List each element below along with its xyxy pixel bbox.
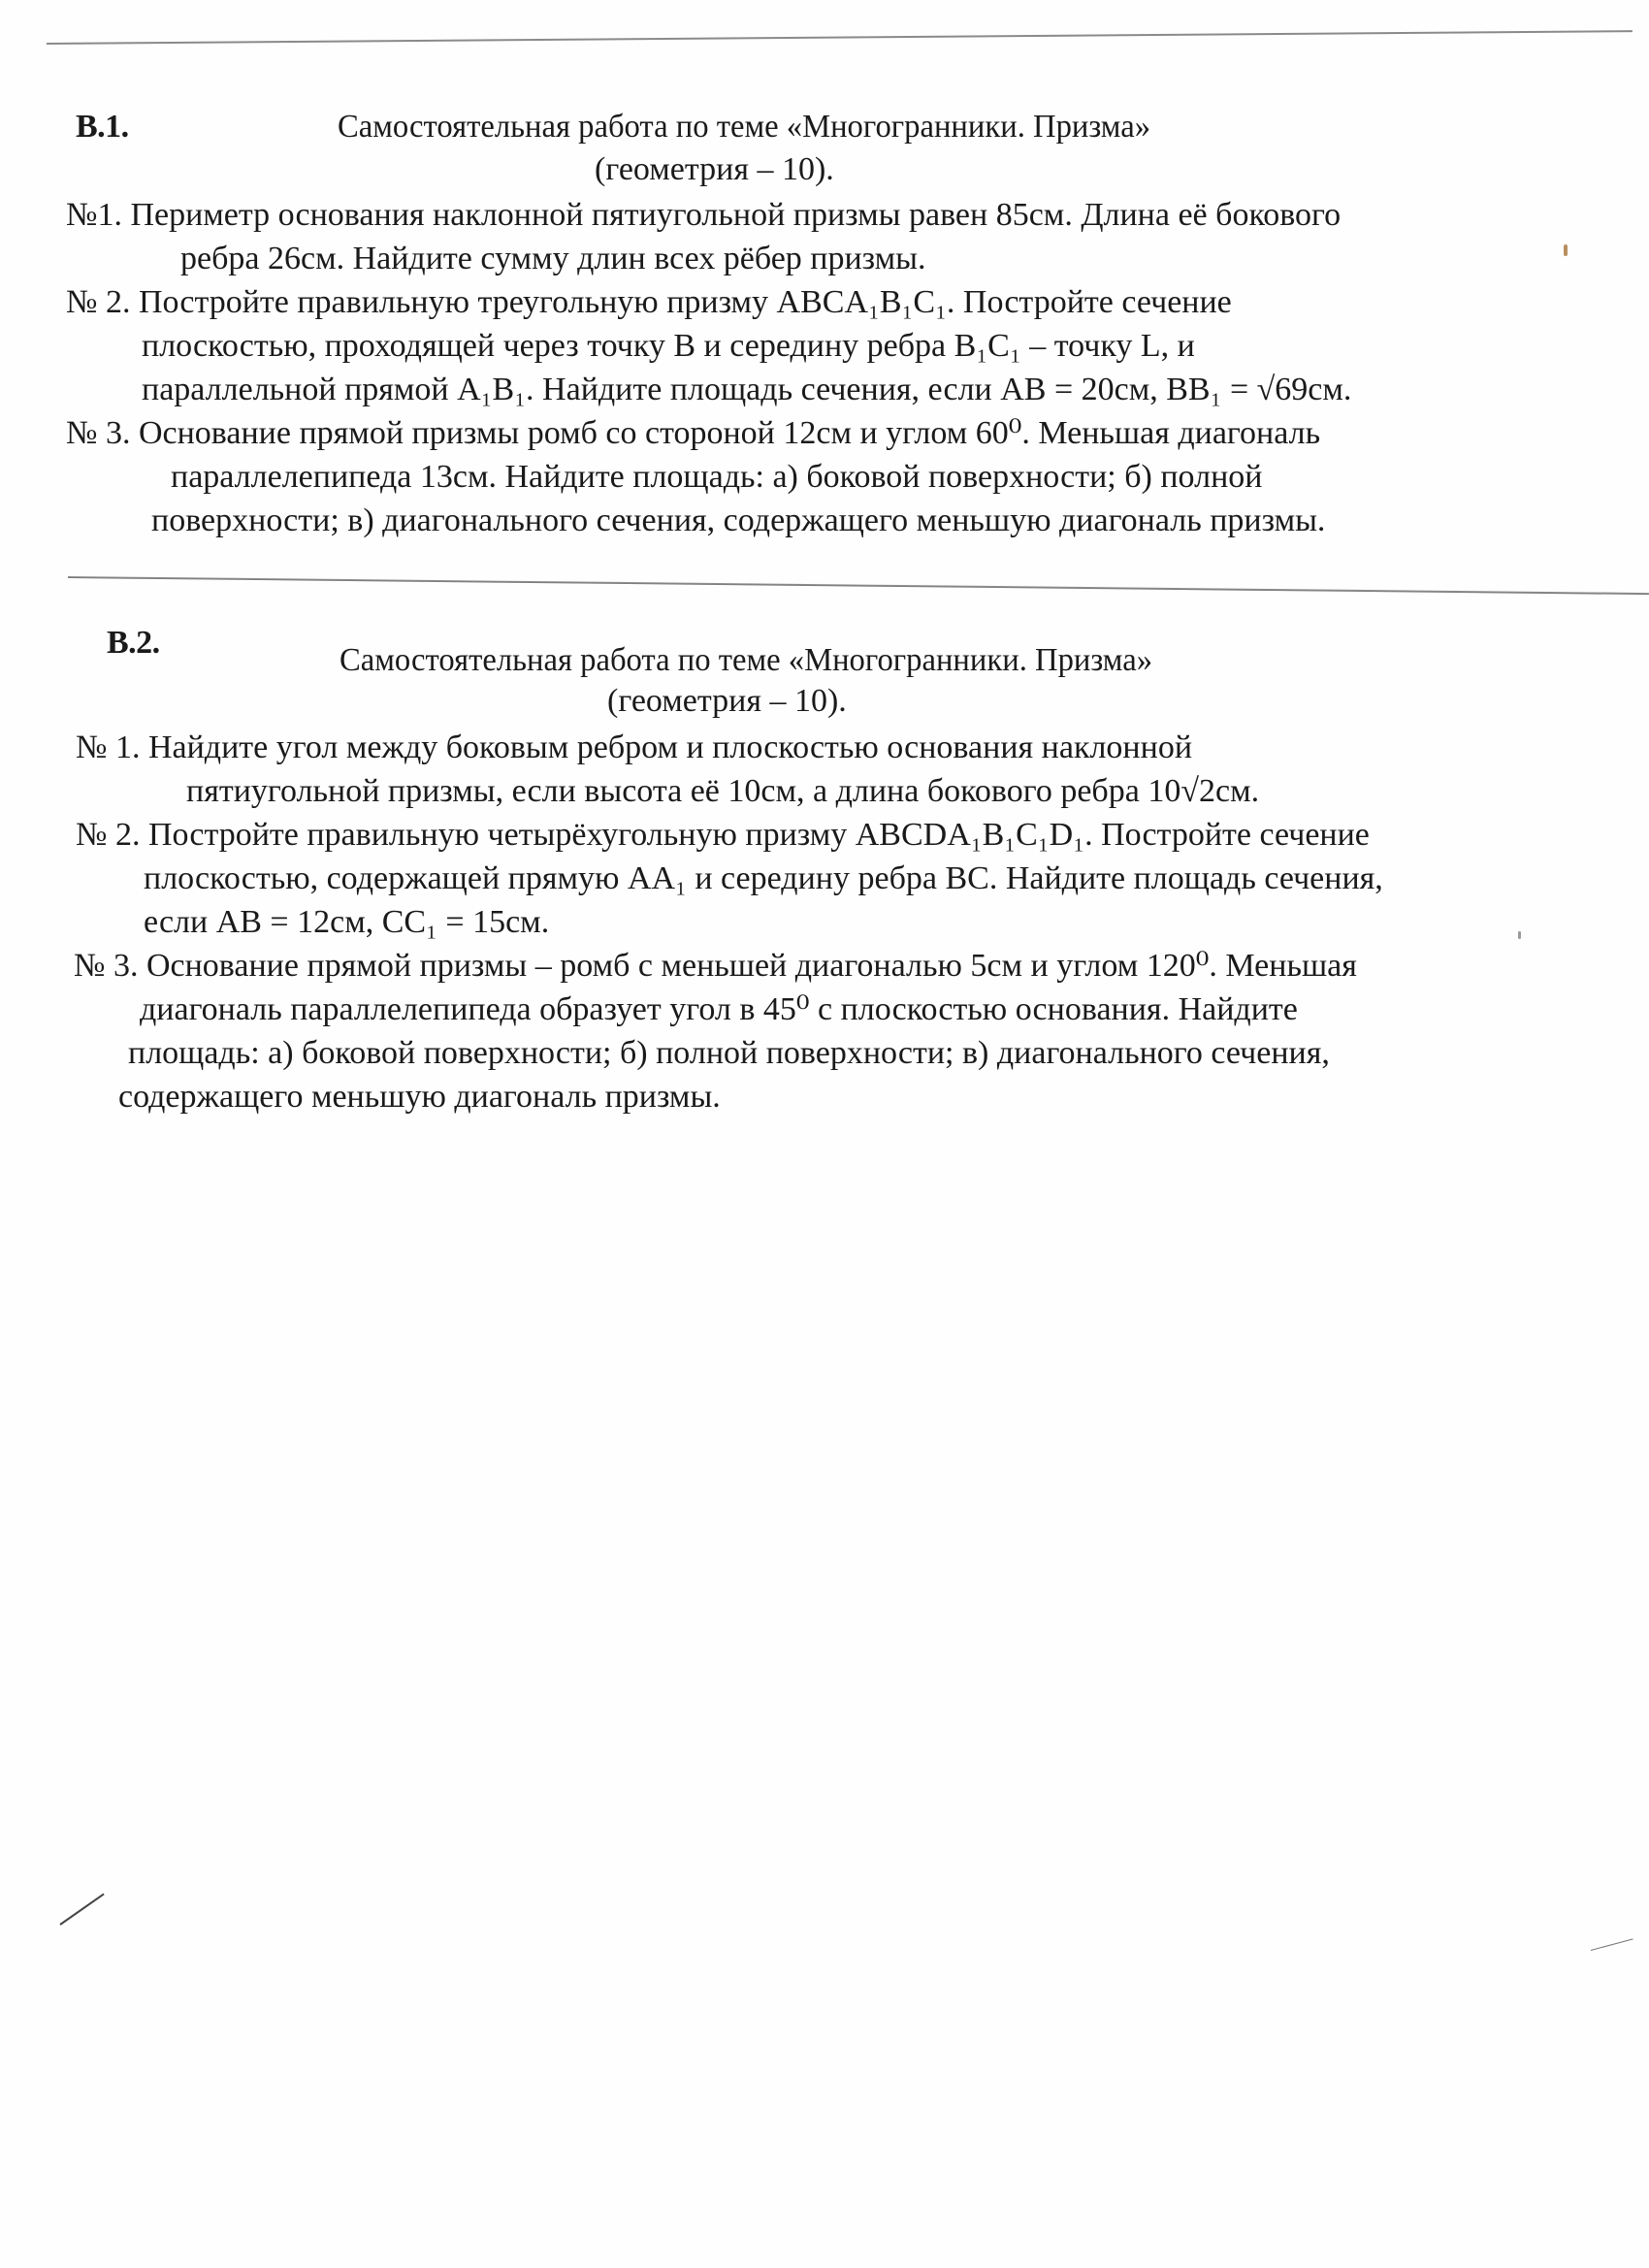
task-number: № 1.	[76, 729, 140, 765]
task-text: Периметр основания наклонной пятиугольно…	[130, 197, 1341, 233]
task-2: № 2. Постройте правильную треугольную пр…	[66, 280, 1351, 411]
task-line: № 3. Основание прямой призмы – ромб с ме…	[74, 944, 1357, 988]
task-line: если AB = 12см, CC₁ = 15см.	[76, 900, 1383, 944]
task-line: плоскостью, содержащей прямую AA₁ и сере…	[76, 857, 1383, 900]
worksheet-subtitle: (геометрия – 10).	[595, 151, 834, 188]
task-line: №1. Периметр основания наклонной пятиуго…	[66, 193, 1341, 237]
worksheet-title: Самостоятельная работа по теме «Многогра…	[339, 642, 1152, 679]
scan-speck	[1564, 244, 1568, 256]
task-line: № 1. Найдите угол между боковым ребром и…	[76, 726, 1259, 769]
task-line: площадь: а) боковой поверхности; б) полн…	[74, 1031, 1357, 1075]
task-text: Постройте правильную треугольную призму …	[139, 284, 1232, 320]
middle-cut-line	[68, 576, 1649, 595]
task-3: № 3. Основание прямой призмы ромб со сто…	[66, 411, 1325, 542]
task-text: Постройте правильную четырёхугольную при…	[148, 817, 1370, 853]
task-line: параллелепипеда 13см. Найдите площадь: а…	[66, 455, 1325, 499]
scan-mark	[59, 1894, 104, 1926]
task-line: поверхности; в) диагонального сечения, с…	[66, 499, 1325, 542]
task-1: №1. Периметр основания наклонной пятиуго…	[66, 193, 1341, 280]
task-number: № 2.	[66, 284, 130, 320]
task-line: № 2. Постройте правильную четырёхугольну…	[76, 813, 1383, 857]
task-line: содержащего меньшую диагональ призмы.	[74, 1075, 1357, 1118]
task-line: № 3. Основание прямой призмы ромб со сто…	[66, 411, 1325, 455]
scanned-page: В.1. Самостоятельная работа по теме «Мно…	[0, 0, 1649, 2268]
task-1: № 1. Найдите угол между боковым ребром и…	[76, 726, 1259, 813]
scan-speck	[1518, 931, 1521, 939]
task-number: № 3.	[66, 415, 130, 451]
task-3: № 3. Основание прямой призмы – ромб с ме…	[74, 944, 1357, 1118]
task-line: плоскостью, проходящей через точку B и с…	[66, 324, 1351, 368]
task-text: Основание прямой призмы – ромб с меньшей…	[146, 948, 1357, 984]
task-line: параллельной прямой A₁B₁. Найдите площад…	[66, 368, 1351, 411]
task-text: Основание прямой призмы ромб со стороной…	[139, 415, 1320, 451]
variant-label: В.2.	[107, 625, 160, 662]
task-line: ребра 26см. Найдите сумму длин всех рёбе…	[66, 237, 1341, 280]
task-text: Найдите угол между боковым ребром и плос…	[148, 729, 1192, 765]
task-line: № 2. Постройте правильную треугольную пр…	[66, 280, 1351, 324]
top-cut-line	[47, 30, 1633, 45]
task-number: № 3.	[74, 948, 138, 984]
task-number: №1.	[66, 197, 122, 233]
worksheet-subtitle: (геометрия – 10).	[607, 683, 847, 720]
variant-label: В.1.	[76, 109, 129, 146]
worksheet-title: Самостоятельная работа по теме «Многогра…	[338, 109, 1150, 146]
task-line: диагональ параллелепипеда образует угол …	[74, 988, 1357, 1031]
task-line: пятиугольной призмы, если высота её 10см…	[76, 769, 1259, 813]
task-2: № 2. Постройте правильную четырёхугольну…	[76, 813, 1383, 944]
task-number: № 2.	[76, 817, 140, 853]
scan-mark	[1591, 1938, 1633, 1951]
